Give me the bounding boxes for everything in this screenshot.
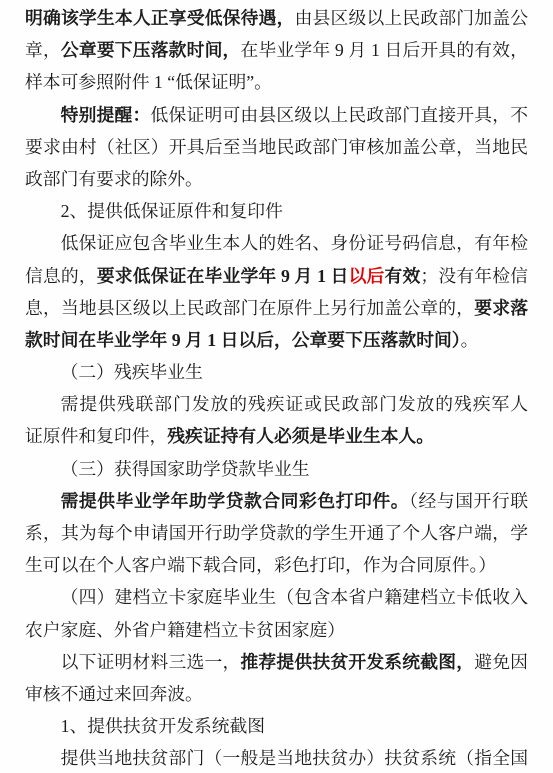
text-run: 1、提供扶贫开发系统截图: [61, 716, 266, 736]
text-run: 公章要下压落款时间，: [61, 40, 241, 60]
text-run: 样本可参照附件 1 “低保证明”。: [25, 72, 272, 92]
text-run: 特别提醒：: [61, 105, 151, 125]
text-run: 以下证明材料三选一，: [61, 652, 241, 672]
text-run: 低保证明可由县区级以上民政部门直接开具，不: [151, 105, 528, 125]
text-run: 有效: [384, 266, 420, 286]
text-run: 以后: [349, 266, 385, 286]
text-line: 审核不通过来回奔波。: [25, 678, 528, 710]
text-run: 要求低保证在毕业学年 9 月 1 日: [97, 266, 349, 286]
text-run: 推荐提供扶贫开发系统截图，: [240, 652, 474, 672]
text-line: （二）残疾毕业生: [25, 356, 528, 388]
text-line: 政部门有要求的除外。: [25, 163, 528, 195]
text-run: 需提供毕业学年助学贷款合同彩色打印件。: [61, 491, 409, 511]
text-line: 低保证应包含毕业生本人的姓名、身份证号码信息，有年检: [25, 227, 528, 259]
text-run: 需提供残联部门发放的残疾证或民政部门发放的残疾军人: [61, 394, 528, 414]
text-run: 要求落: [474, 298, 528, 318]
text-line: 生可以在个人客户端下载合同，彩色打印，作为合同原件。）: [25, 549, 528, 581]
text-line: （四）建档立卡家庭毕业生（包含本省户籍建档立卡低收入: [25, 581, 528, 613]
text-run: 款时间在毕业学年 9 月 1 日以后，公章要下压落款时间）: [25, 330, 461, 350]
text-line: 系，其为每个申请国开行助学贷款的学生开通了个人客户端，学: [25, 517, 528, 549]
text-line: （三）获得国家助学贷款毕业生: [25, 453, 528, 485]
text-line: 款时间在毕业学年 9 月 1 日以后，公章要下压落款时间）。: [25, 324, 528, 356]
text-run: 系，其为每个申请国开行助学贷款的学生开通了个人客户端，学: [25, 523, 528, 543]
text-run: 2、提供低保证原件和复印件: [61, 201, 283, 221]
text-run: 明确该学生本人正享受低保待遇，: [25, 8, 295, 28]
text-run: 要求由村（社区）开具后至当地民政部门审核加盖公章，当地民: [25, 137, 528, 157]
text-run: 证原件和复印件，: [25, 426, 167, 446]
text-line: 特别提醒：低保证明可由县区级以上民政部门直接开具，不: [25, 99, 528, 131]
text-line: 以下证明材料三选一，推荐提供扶贫开发系统截图，避免因: [25, 646, 528, 678]
text-run: 提供当地扶贫部门（一般是当地扶贫办）扶贫系统（指全国: [61, 748, 528, 768]
text-line: 章，公章要下压落款时间，在毕业学年 9 月 1 日后开具的有效，: [25, 34, 528, 66]
text-run: （经与国开行联: [409, 491, 528, 511]
text-line: 信息的，要求低保证在毕业学年 9 月 1 日以后有效；没有年检信: [25, 260, 528, 292]
text-run: （二）残疾毕业生: [61, 362, 203, 382]
text-run: 生可以在个人客户端下载合同，彩色打印，作为合同原件。）: [25, 555, 496, 575]
text-run: 残疾证持有人必须是毕业生本人。: [167, 426, 434, 446]
text-run: 。: [461, 330, 479, 350]
text-run: 章，: [25, 40, 61, 60]
text-line: 证原件和复印件，残疾证持有人必须是毕业生本人。: [25, 420, 528, 452]
text-run: 息，当地县区级以上民政部门在原件上另行加盖公章的，: [25, 298, 474, 318]
text-line: 明确该学生本人正享受低保待遇，由县区级以上民政部门加盖公: [25, 2, 528, 34]
text-run: 政部门有要求的除外。: [25, 169, 203, 189]
text-line: 样本可参照附件 1 “低保证明”。: [25, 66, 528, 98]
text-line: 需提供残联部门发放的残疾证或民政部门发放的残疾军人: [25, 388, 528, 420]
text-run: 避免因: [474, 652, 528, 672]
text-line: 农户家庭、外省户籍建档立卡贫困家庭）: [25, 614, 528, 646]
text-run: ；没有年检信: [420, 266, 528, 286]
text-line: 息，当地县区级以上民政部门在原件上另行加盖公章的，要求落: [25, 292, 528, 324]
text-run: 低保证应包含毕业生本人的姓名、身份证号码信息，有年检: [61, 233, 528, 253]
text-run: 审核不通过来回奔波。: [25, 684, 203, 704]
text-run: 由县区级以上民政部门加盖公: [295, 8, 528, 28]
text-line: 2、提供低保证原件和复印件: [25, 195, 528, 227]
text-run: 信息的，: [25, 266, 97, 286]
text-run: 在毕业学年 9 月 1 日后开具的有效，: [241, 40, 528, 60]
document-page: 明确该学生本人正享受低保待遇，由县区级以上民政部门加盖公章，公章要下压落款时间，…: [0, 0, 553, 773]
text-line: 要求由村（社区）开具后至当地民政部门审核加盖公章，当地民: [25, 131, 528, 163]
text-line: 1、提供扶贫开发系统截图: [25, 710, 528, 742]
text-line: 提供当地扶贫部门（一般是当地扶贫办）扶贫系统（指全国: [25, 742, 528, 773]
text-run: 农户家庭、外省户籍建档立卡贫困家庭）: [25, 620, 345, 640]
text-line: 需提供毕业学年助学贷款合同彩色打印件。（经与国开行联: [25, 485, 528, 517]
text-run: （三）获得国家助学贷款毕业生: [61, 459, 310, 479]
text-run: （四）建档立卡家庭毕业生（包含本省户籍建档立卡低收入: [61, 587, 528, 607]
